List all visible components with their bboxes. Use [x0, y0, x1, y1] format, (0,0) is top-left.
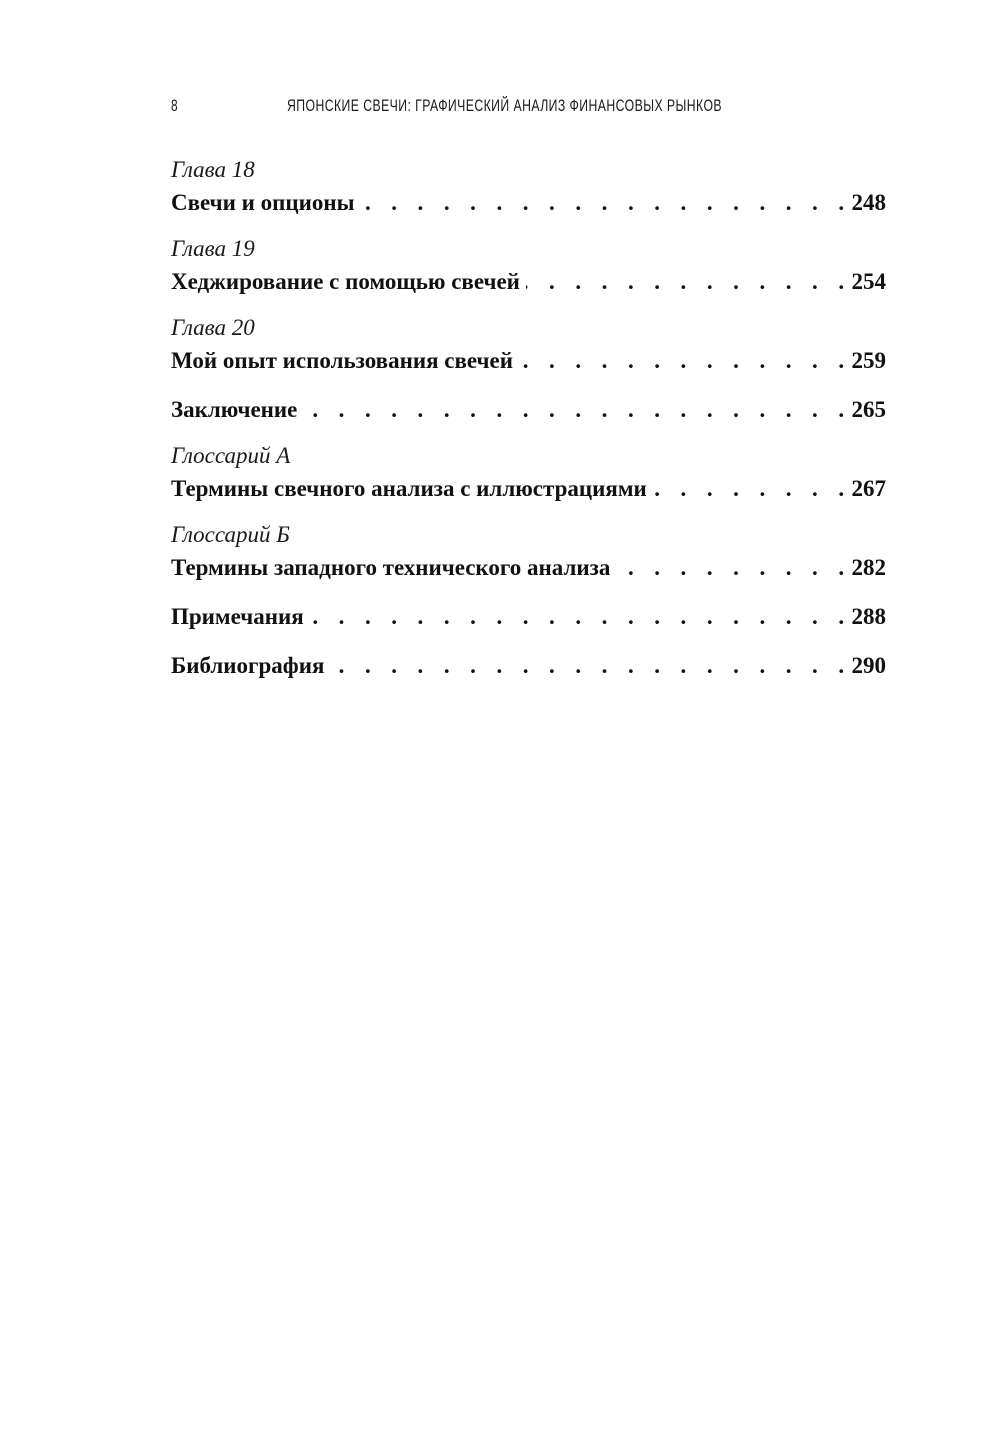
- toc-entry-label: Глава 19: [171, 234, 886, 264]
- dot-leader: [303, 392, 851, 428]
- toc-entry-line[interactable]: Термины свечного анализа с иллюстрациями…: [171, 471, 886, 507]
- toc-entry[interactable]: Примечания 288: [171, 599, 886, 635]
- dot-leader: [519, 343, 852, 379]
- toc-entry-line[interactable]: Термины западного технического анализа 2…: [171, 550, 886, 586]
- toc-entry-page[interactable]: 290: [852, 648, 887, 684]
- dot-leader: [330, 648, 851, 684]
- toc-entry-title[interactable]: Заключение: [171, 392, 297, 428]
- dot-leader: [310, 599, 852, 635]
- toc-entry-title[interactable]: Хеджирование с помощью свечей: [171, 264, 520, 300]
- toc-entry-page[interactable]: 254: [852, 264, 887, 300]
- toc-entry[interactable]: Глава 20 Мой опыт использования свечей 2…: [171, 313, 886, 379]
- toc-entry-title[interactable]: Термины западного технического анализа: [171, 550, 610, 586]
- toc-entry[interactable]: Глоссарий Б Термины западного техническо…: [171, 520, 886, 586]
- toc-entry[interactable]: Заключение 265: [171, 392, 886, 428]
- toc-entry-line[interactable]: Свечи и опционы 248: [171, 185, 886, 221]
- page-number: 8: [171, 96, 178, 116]
- toc-entry[interactable]: Библиография 290: [171, 648, 886, 684]
- toc-entry-page[interactable]: 248: [852, 185, 887, 221]
- book-title-header: ЯПОНСКИЕ СВЕЧИ: ГРАФИЧЕСКИЙ АНАЛИЗ ФИНАН…: [287, 96, 722, 116]
- toc-entry[interactable]: Глава 19 Хеджирование с помощью свечей 2…: [171, 234, 886, 300]
- toc-entry-title[interactable]: Библиография: [171, 648, 324, 684]
- table-of-contents: Глава 18 Свечи и опционы 248 Глава 19 Хе…: [171, 155, 886, 697]
- toc-entry-title[interactable]: Мой опыт использования свечей: [171, 343, 513, 379]
- toc-entry-title[interactable]: Примечания: [171, 599, 304, 635]
- toc-entry[interactable]: Глоссарий А Термины свечного анализа с и…: [171, 441, 886, 507]
- running-head: 8 ЯПОНСКИЕ СВЕЧИ: ГРАФИЧЕСКИЙ АНАЛИЗ ФИН…: [171, 96, 886, 120]
- toc-entry-title[interactable]: Термины свечного анализа с иллюстрациями: [171, 471, 647, 507]
- toc-entry-label: Глава 18: [171, 155, 886, 185]
- toc-entry-title[interactable]: Свечи и опционы: [171, 185, 355, 221]
- toc-entry[interactable]: Глава 18 Свечи и опционы 248: [171, 155, 886, 221]
- dot-leader: [653, 471, 852, 507]
- dot-leader: [616, 550, 851, 586]
- toc-entry-page[interactable]: 282: [852, 550, 887, 586]
- toc-entry-line[interactable]: Хеджирование с помощью свечей 254: [171, 264, 886, 300]
- toc-entry-line[interactable]: Примечания 288: [171, 599, 886, 635]
- toc-entry-line[interactable]: Заключение 265: [171, 392, 886, 428]
- toc-entry-page[interactable]: 267: [852, 471, 887, 507]
- toc-entry-label: Глава 20: [171, 313, 886, 343]
- toc-entry-line[interactable]: Библиография 290: [171, 648, 886, 684]
- toc-entry-page[interactable]: 288: [852, 599, 887, 635]
- toc-entry-label: Глоссарий А: [171, 441, 886, 471]
- toc-entry-page[interactable]: 265: [852, 392, 887, 428]
- toc-entry-page[interactable]: 259: [852, 343, 887, 379]
- dot-leader: [361, 185, 852, 221]
- dot-leader: [526, 264, 852, 300]
- toc-entry-line[interactable]: Мой опыт использования свечей 259: [171, 343, 886, 379]
- toc-entry-label: Глоссарий Б: [171, 520, 886, 550]
